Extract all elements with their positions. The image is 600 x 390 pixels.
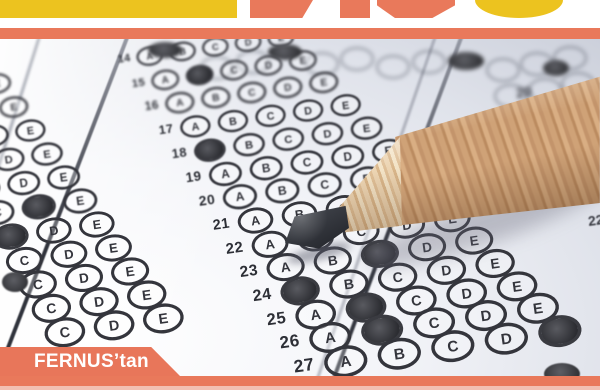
title-fragment-letter-3 xyxy=(377,0,455,18)
question-number: 27 xyxy=(292,355,315,378)
bubble-C: C xyxy=(43,315,88,350)
top-decor-band xyxy=(0,0,600,28)
filled-bubble-partial xyxy=(2,272,28,292)
bubble-D: D xyxy=(6,169,42,198)
bottom-stripe xyxy=(0,376,600,386)
bubble-A: A xyxy=(322,343,369,380)
bubble-E: E xyxy=(46,163,82,192)
page: 14ABCDE15ACDE16ABCDE17ABCDE18BCDE19ABCDE… xyxy=(0,0,600,390)
bubble-D: D xyxy=(482,320,529,357)
title-fragment-yellow-bar xyxy=(0,0,237,18)
bubble-E: E xyxy=(0,71,12,95)
right-block-question-number: 22 xyxy=(587,211,600,229)
filled-bubble-partial xyxy=(448,52,484,70)
bubble-E: E xyxy=(141,301,186,336)
photo-layer: 14ABCDE15ACDE16ABCDE17ABCDE18BCDE19ABCDE… xyxy=(0,39,600,390)
title-fragment-letter-2 xyxy=(340,0,370,18)
bubble-D: D xyxy=(92,308,137,343)
bubble-E: E xyxy=(0,94,30,119)
filled-bubble-E xyxy=(536,312,583,349)
top-stripe xyxy=(0,28,600,39)
title-fragment-letter-1 xyxy=(250,0,313,18)
bubble-E: E xyxy=(30,140,65,167)
ribbon-label: FERNUS’tan xyxy=(34,351,149,373)
bubble-C: C xyxy=(429,328,476,365)
bubble-E: E xyxy=(14,117,47,143)
answer-sheet-photo: 14ABCDE15ACDE16ABCDE17ABCDE18BCDE19ABCDE… xyxy=(0,39,600,390)
bottom-substripe xyxy=(0,386,600,390)
bubble-D: D xyxy=(0,146,26,173)
filled-bubble-partial xyxy=(543,60,569,76)
filled-bubble-partial xyxy=(268,44,302,60)
fernus-ribbon: FERNUS’tan xyxy=(0,347,180,376)
title-fragment-yellow-circle xyxy=(475,0,563,18)
filled-bubble-partial xyxy=(148,42,182,58)
question-number: 26 xyxy=(278,331,301,353)
bubble-B: B xyxy=(375,335,422,372)
bubble-D: D xyxy=(0,123,10,149)
